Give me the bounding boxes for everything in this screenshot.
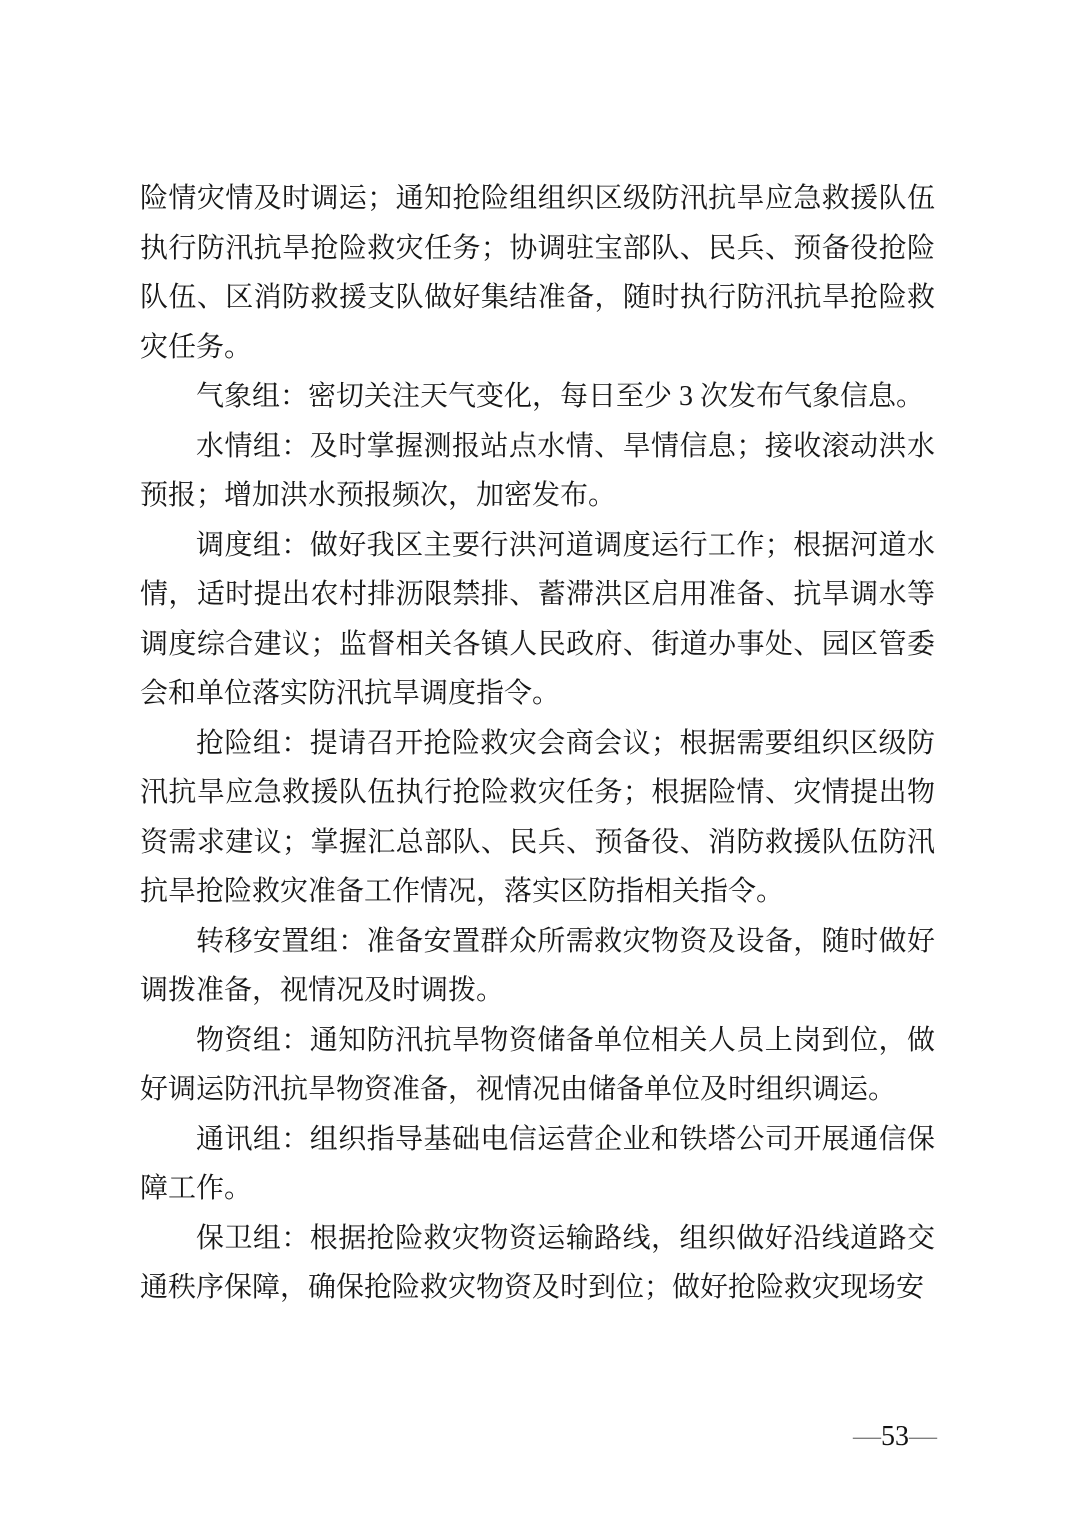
para-relocation-group: 转移安置组：准备安置群众所需救灾物资及设备，随时做好调拨准备，视情况及时调拨。 [140, 917, 935, 1016]
page-number: —53— [853, 1420, 937, 1454]
page-number-dash-right: — [909, 1421, 937, 1452]
para-dispatch-group: 调度组：做好我区主要行洪河道调度运行工作；根据河道水情，适时提出农村排沥限禁排、… [140, 521, 935, 719]
page-number-value: 53 [881, 1421, 909, 1452]
body-paragraph-continuation: 险情灾情及时调运；通知抢险组组织区级防汛抗旱应急救援队伍执行防汛抗旱抢险救灾任务… [140, 174, 935, 372]
para-emergency-rescue-group: 抢险组：提请召开抢险救灾会商会议；根据需要组织区级防汛抗旱应急救援队伍执行抢险救… [140, 719, 935, 917]
para-hydrology-group: 水情组：及时掌握测报站点水情、旱情信息；接收滚动洪水预报；增加洪水预报频次，加密… [140, 422, 935, 521]
document-body: 险情灾情及时调运；通知抢险组组织区级防汛抗旱应急救援队伍执行防汛抗旱抢险救灾任务… [140, 174, 935, 1313]
para-security-group: 保卫组：根据抢险救灾物资运输路线，组织做好沿线道路交通秩序保障，确保抢险救灾物资… [140, 1214, 935, 1313]
para-supplies-group: 物资组：通知防汛抗旱物资储备单位相关人员上岗到位，做好调运防汛抗旱物资准备，视情… [140, 1016, 935, 1115]
page-number-dash-left: — [853, 1421, 881, 1452]
para-meteorology-group: 气象组：密切关注天气变化，每日至少 3 次发布气象信息。 [140, 372, 935, 422]
para-communications-group: 通讯组：组织指导基础电信运营企业和铁塔公司开展通信保障工作。 [140, 1115, 935, 1214]
document-page: 险情灾情及时调运；通知抢险组组织区级防汛抗旱应急救援队伍执行防汛抗旱抢险救灾任务… [0, 0, 1074, 1520]
